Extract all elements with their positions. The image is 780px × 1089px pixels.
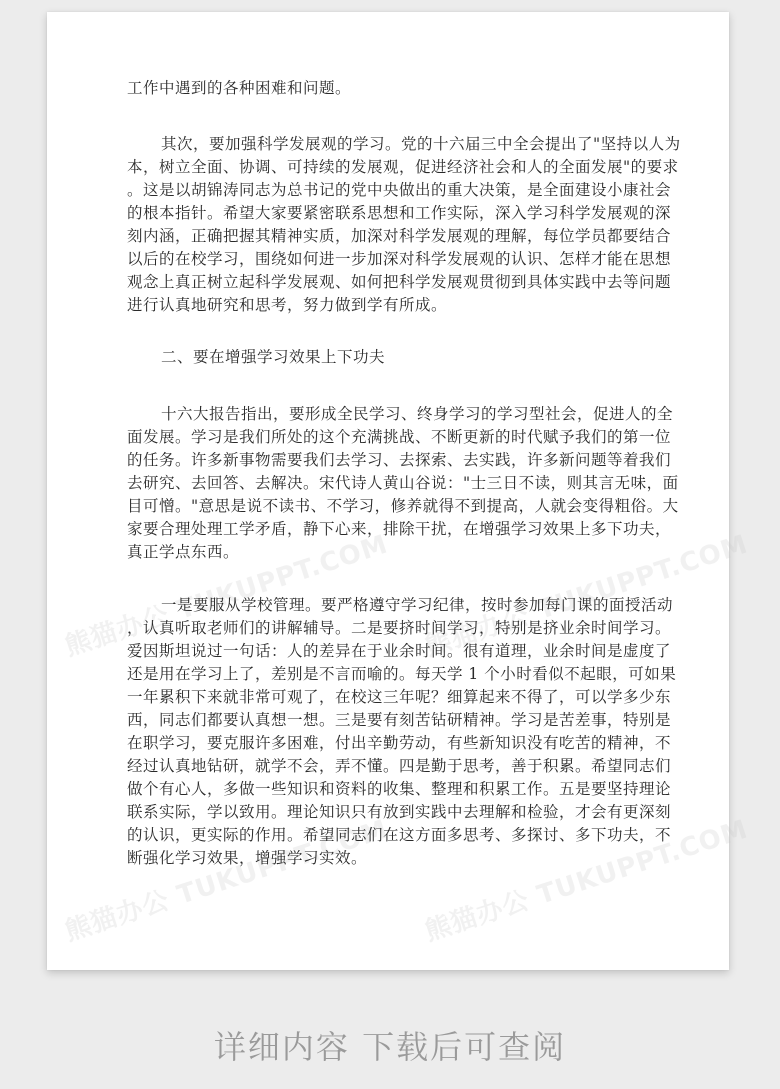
text-line: 面发展。学习是我们所处的这个充满挑战、不断更新的时代赋予我们的第一位 bbox=[127, 426, 649, 449]
text-line: 联系实际，学以致用。理论知识只有放到实践中去理解和检验，才会有更深刻 bbox=[127, 801, 649, 824]
text-line: 西，同志们都要认真想一想。三是要有刻苦钻研精神。学习是苦差事，特别是 bbox=[127, 709, 649, 732]
download-notice: 详细内容 下载后可查阅 bbox=[0, 1022, 780, 1068]
text-line: 一年累积下来就非常可观了，在校这三年呢？细算起来不得了，可以学多少东 bbox=[127, 686, 649, 709]
text-line: 观念上真正树立起科学发展观、如何把科学发展观贯彻到具体实践中去等问题 bbox=[127, 271, 649, 294]
text-line: 断强化学习效果，增强学习实效。 bbox=[127, 847, 649, 870]
text-line: 爱因斯坦说过一句话：人的差异在于业余时间。很有道理，业余时间是虚度了 bbox=[127, 640, 649, 663]
text-line: ，认真听取老师们的讲解辅导。二是要挤时间学习，特别是挤业余时间学习。 bbox=[127, 617, 649, 640]
document-page: 熊猫办公 TUKUPPT.COM熊猫办公 TUKUPPT.COM熊猫办公 TUK… bbox=[47, 12, 729, 970]
text-line: 本，树立全面、协调、可持续的发展观，促进经济社会和人的全面发展"的要求 bbox=[127, 156, 649, 179]
text-line: 刻内涵，正确把握其精神实质，加深对科学发展观的理解，每位学员都要结合 bbox=[127, 225, 649, 248]
text-line: 工作中遇到的各种困难和问题。 bbox=[127, 77, 649, 100]
text-line: 其次，要加强科学发展观的学习。党的十六届三中全会提出了"坚持以人为 bbox=[127, 133, 649, 156]
text-line: 的根本指针。希望大家要紧密联系思想和工作实际，深入学习科学发展观的深 bbox=[127, 202, 649, 225]
text-line: 二、要在增强学习效果上下功夫 bbox=[127, 346, 649, 369]
text-line: 以后的在校学习，围绕如何进一步加深对科学发展观的认识、怎样才能在思想 bbox=[127, 248, 649, 271]
text-line: 十六大报告指出，要形成全民学习、终身学习的学习型社会，促进人的全 bbox=[127, 403, 649, 426]
text-line: 经过认真地钻研，就学不会，弄不懂。四是勤于思考，善于积累。希望同志们 bbox=[127, 755, 649, 778]
text-line: 的任务。许多新事物需要我们去学习、去探索、去实践，许多新问题等着我们 bbox=[127, 449, 649, 472]
text-line: 去研究、去回答、去解决。宋代诗人黄山谷说："士三日不读，则其言无味，面 bbox=[127, 472, 649, 495]
text-line: 真正学点东西。 bbox=[127, 541, 649, 564]
text-line: 在职学习，要克服许多困难，付出辛勤劳动，有些新知识没有吃苦的精神，不 bbox=[127, 732, 649, 755]
text-line: 还是用在学习上了，差别是不言而喻的。每天学 1 个小时看似不起眼，可如果 bbox=[127, 663, 649, 686]
text-line: 。这是以胡锦涛同志为总书记的党中央做出的重大决策，是全面建设小康社会 bbox=[127, 179, 649, 202]
text-line: 进行认真地研究和思考，努力做到学有所成。 bbox=[127, 294, 649, 317]
text-line: 的认识，更实际的作用。希望同志们在这方面多思考、多探讨、多下功夫，不 bbox=[127, 824, 649, 847]
text-line: 目可憎。"意思是说不读书、不学习，修养就得不到提高，人就会变得粗俗。大 bbox=[127, 495, 649, 518]
text-line: 一是要服从学校管理。要严格遵守学习纪律，按时参加每门课的面授活动 bbox=[127, 594, 649, 617]
text-line: 家要合理处理工学矛盾，静下心来，排除干扰，在增强学习效果上多下功夫， bbox=[127, 518, 649, 541]
text-line: 做个有心人，多做一些知识和资料的收集、整理和积累工作。五是要坚持理论 bbox=[127, 778, 649, 801]
